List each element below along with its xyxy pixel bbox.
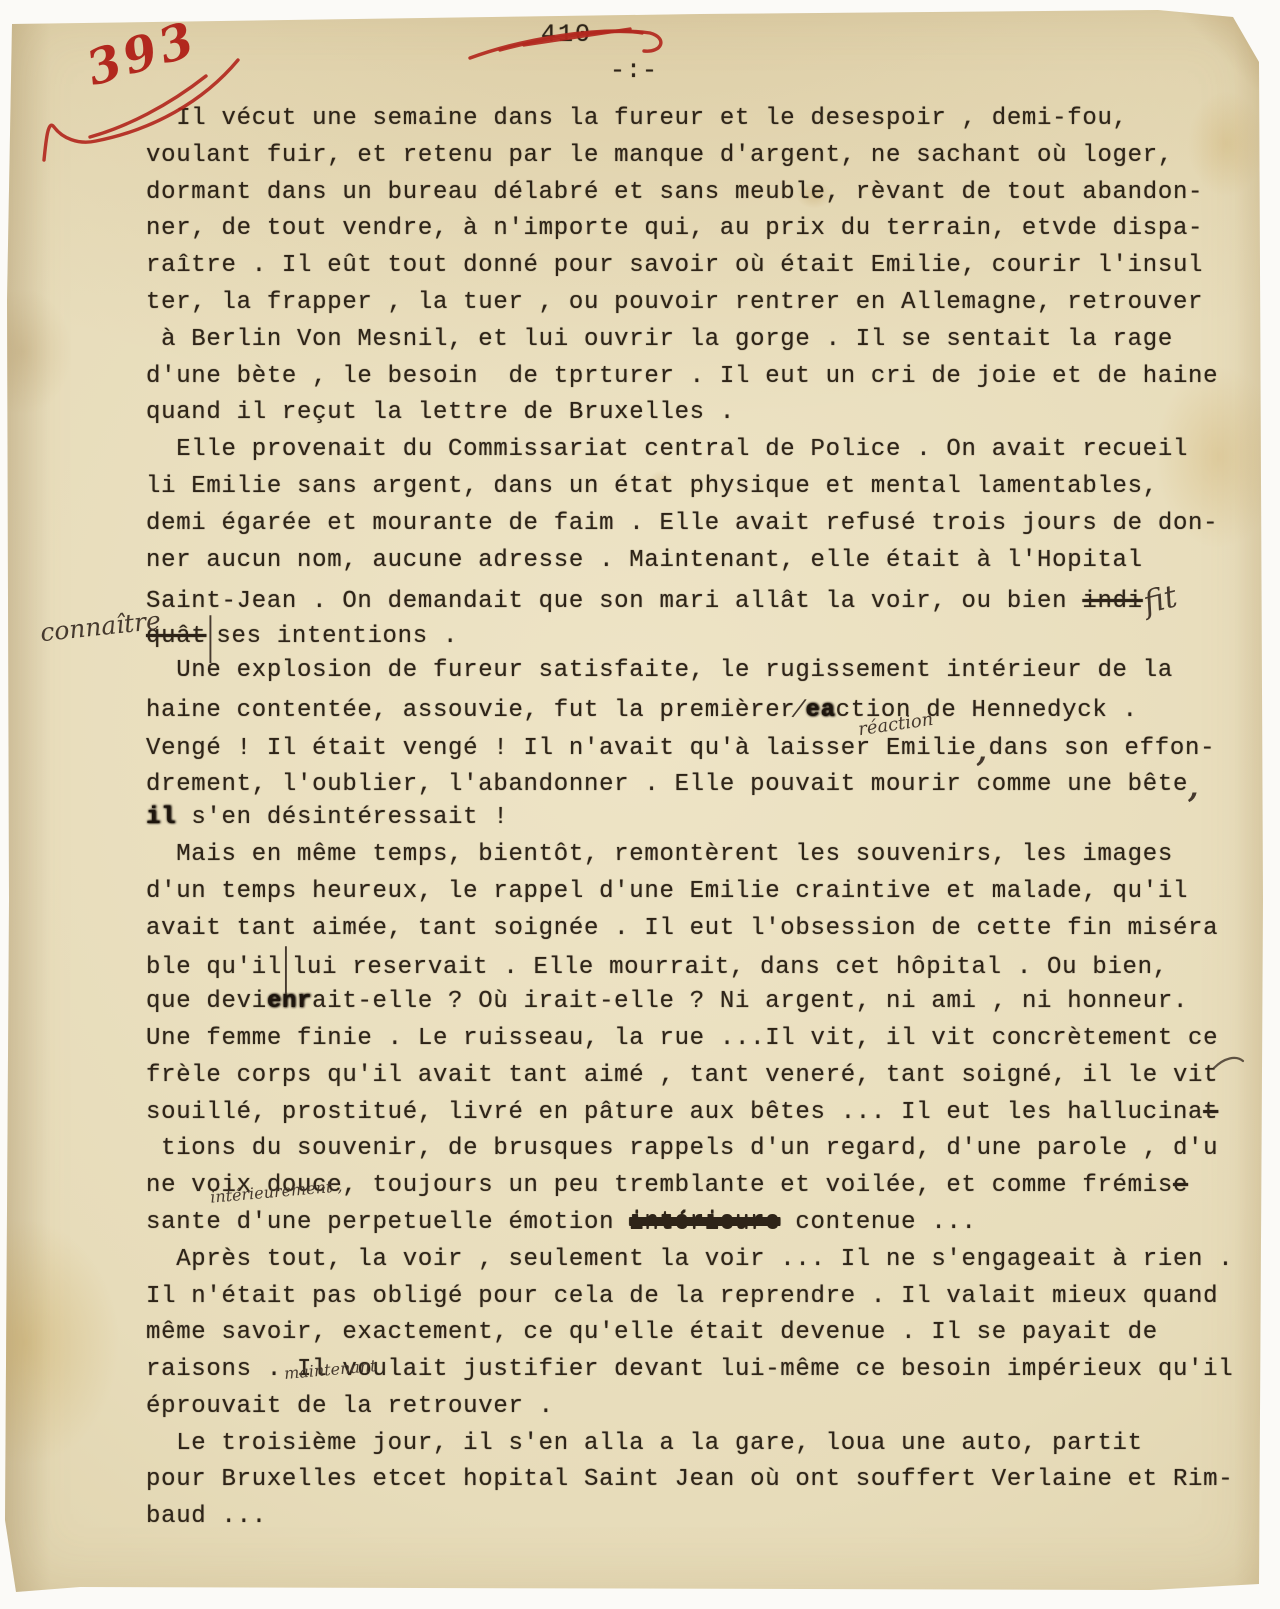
typed-text: que devi [146,988,267,1015]
typed-line: Il vécut une semaine dans la fureur et l… [146,101,1233,138]
typed-text: ait-elle ? Où irait-elle ? Ni argent, ni… [312,988,1188,1015]
typed-line: haine contentée, assouvie, fut la premiè… [146,690,1233,727]
handwritten-page-number: 393 [80,11,204,97]
typed-text: lui reservait . Elle mourrait, dans cet … [292,954,1168,981]
typed-line: ner aucun nom, aucune adresse . Maintena… [146,543,1233,580]
struck-text: e [1173,1172,1188,1199]
typed-line: frèle corps qu'il avait tant aimé , tant… [146,1058,1233,1095]
handwritten-annotation: connaître [39,606,162,647]
typed-line: Une explosion de fureur satisfaite, le r… [146,653,1233,690]
handwritten-stroke: | [282,931,292,1005]
typed-text: d'une bète , le besoin de tprturer . Il … [146,363,1218,390]
typed-line: ble qu'il|lui reservait . Elle mourrait,… [146,947,1233,984]
typed-line: dormant dans un bureau délabré et sans m… [146,175,1233,212]
typed-text: à Berlin Von Mesnil, et lui ouvrir la go… [146,326,1173,353]
typed-text: voulant fuir, et retenu par le manque d'… [146,142,1173,169]
typed-text: Le troisième jour, il s'en alla a la gar… [146,1430,1143,1457]
typed-line: pour Bruxelles etcet hopital Saint Jean … [146,1462,1233,1499]
typed-text: ner, de tout vendre, à n'importe qui, au… [146,215,1203,242]
typed-text: ble qu'il [146,954,282,981]
typed-text: drement, l'oublier, l'abandonner . Elle … [146,771,1188,798]
typed-text: sante d'une perpetuelle émotion [146,1209,629,1236]
typed-line: souillé, prostitué, livré en pâture aux … [146,1095,1233,1132]
struck-text: indi [1082,588,1142,615]
typed-text: Vengé ! Il était vengé ! Il n'avait qu'à… [146,735,977,762]
paper-sheet: 393 410 -:- Il vécut une semaine dans la… [0,0,1272,1598]
typed-text: pour Bruxelles etcet hopital Saint Jean … [146,1466,1233,1493]
typed-line: que devienrait-elle ? Où irait-elle ? Ni… [146,984,1233,1021]
typed-text: Il n'était pas obligé pour cela de la re… [146,1283,1218,1310]
overtyped-text: ea [805,697,835,724]
typed-line: Une femme finie . Le ruisseau, la rue ..… [146,1021,1233,1058]
typed-body: Il vécut une semaine dans la fureur et l… [146,101,1233,1536]
typed-text: dans son effon- [989,735,1216,762]
typed-text: baud ... [146,1503,267,1530]
handwritten-comma: , [1188,770,1200,807]
handwritten-word: fit [1140,579,1181,623]
typed-text: ses intentions . [216,623,458,650]
typed-text: Il vécut une semaine dans la fureur et l… [146,105,1128,132]
typed-text: li Emilie sans argent, dans un état phys… [146,473,1158,500]
typed-line: à Berlin Von Mesnil, et lui ouvrir la go… [146,322,1233,359]
typed-text: avait tant aimée, tant soignée . Il eut … [146,915,1218,942]
scanned-page: 393 410 -:- Il vécut une semaine dans la… [0,0,1280,1609]
typed-line: raître . Il eût tout donné pour savoir o… [146,248,1233,285]
typed-text: haine contentée, assouvie, fut la premiè… [146,697,795,724]
typed-text: raître . Il eût tout donné pour savoir o… [146,252,1203,279]
typed-text: même savoir, exactement, ce qu'elle étai… [146,1319,1158,1346]
typed-text: ter, la frapper , la tuer , ou pouvoir r… [146,289,1203,316]
typed-text: ner aucun nom, aucune adresse . Maintena… [146,547,1143,574]
typed-line: ter, la frapper , la tuer , ou pouvoir r… [146,285,1233,322]
typed-text: Saint-Jean . On demandait que son mari a… [146,588,1082,615]
typed-line: Vengé ! Il était vengé ! Il n'avait qu'à… [146,727,1233,764]
typed-text: tions du souvenir, de brusques rappels d… [146,1135,1218,1162]
typed-text: quand il reçut la lettre de Bruxelles . [146,399,735,426]
typed-text: contenue ... [780,1209,976,1236]
typed-text: demi égarée et mourante de faim . Elle a… [146,510,1218,537]
typed-line: Mais en même temps, bientôt, remontèrent… [146,837,1233,874]
typed-text: frèle corps qu'il avait tant aimé , tant… [146,1062,1218,1089]
overtyped-text: il [146,804,176,831]
typed-line: quand il reçut la lettre de Bruxelles . [146,395,1233,432]
section-divider: -:- [610,56,658,85]
typed-line: demi égarée et mourante de faim . Elle a… [146,506,1233,543]
typed-line: drement, l'oublier, l'abandonner . Elle … [146,763,1233,800]
typed-line: même savoir, exactement, ce qu'elle étai… [146,1315,1233,1352]
typed-line: voulant fuir, et retenu par le manque d'… [146,138,1233,175]
typed-text: Une explosion de fureur satisfaite, le r… [146,657,1173,684]
typed-line: Saint-Jean . On demandait que son mari a… [146,579,1233,616]
typed-line: li Emilie sans argent, dans un état phys… [146,469,1233,506]
typed-line: avait tant aimée, tant soignée . Il eut … [146,911,1233,948]
typed-line: Le troisième jour, il s'en alla a la gar… [146,1426,1233,1463]
typed-text: souillé, prostitué, livré en pâture aux … [146,1099,1203,1126]
scribbled-out-text: intérieure [629,1209,780,1236]
typed-text: d'un temps heureux, le rappel d'une Emil… [146,878,1188,905]
typed-text: Une femme finie . Le ruisseau, la rue ..… [146,1025,1218,1052]
typed-line: Elle provenait du Commissariat central d… [146,432,1233,469]
typed-line: Après tout, la voir , seulement la voir … [146,1242,1233,1279]
typed-text: Elle provenait du Commissariat central d… [146,436,1188,463]
typed-line: d'une bète , le besoin de tprturer . Il … [146,359,1233,396]
typed-text: éprouvait de la retrouver . [146,1393,554,1420]
typed-line: ner, de tout vendre, à n'importe qui, au… [146,211,1233,248]
handwritten-comma: , [977,734,989,771]
typed-text: s'en désintéressait ! [176,804,508,831]
typed-line: baud ... [146,1499,1233,1536]
typed-line: tions du souvenir, de brusques rappels d… [146,1131,1233,1168]
typed-line: d'un temps heureux, le rappel d'une Emil… [146,874,1233,911]
crossed-out-number: 410 [541,20,592,49]
typed-text: Après tout, la voir , seulement la voir … [146,1246,1233,1273]
typed-text: dormant dans un bureau délabré et sans m… [146,179,1203,206]
typed-line: Il n'était pas obligé pour cela de la re… [146,1279,1233,1316]
struck-text: t [1203,1099,1218,1126]
handwritten-stroke: | [206,600,216,674]
typed-line: quât|ses intentions . [146,616,1233,653]
typed-line: il s'en désintéressait ! [146,800,1233,837]
typed-line: sante d'une perpetuelle émotion intérieu… [146,1205,1233,1242]
typed-text: Mais en même temps, bientôt, remontèrent… [146,841,1173,868]
typed-line: éprouvait de la retrouver . [146,1389,1233,1426]
